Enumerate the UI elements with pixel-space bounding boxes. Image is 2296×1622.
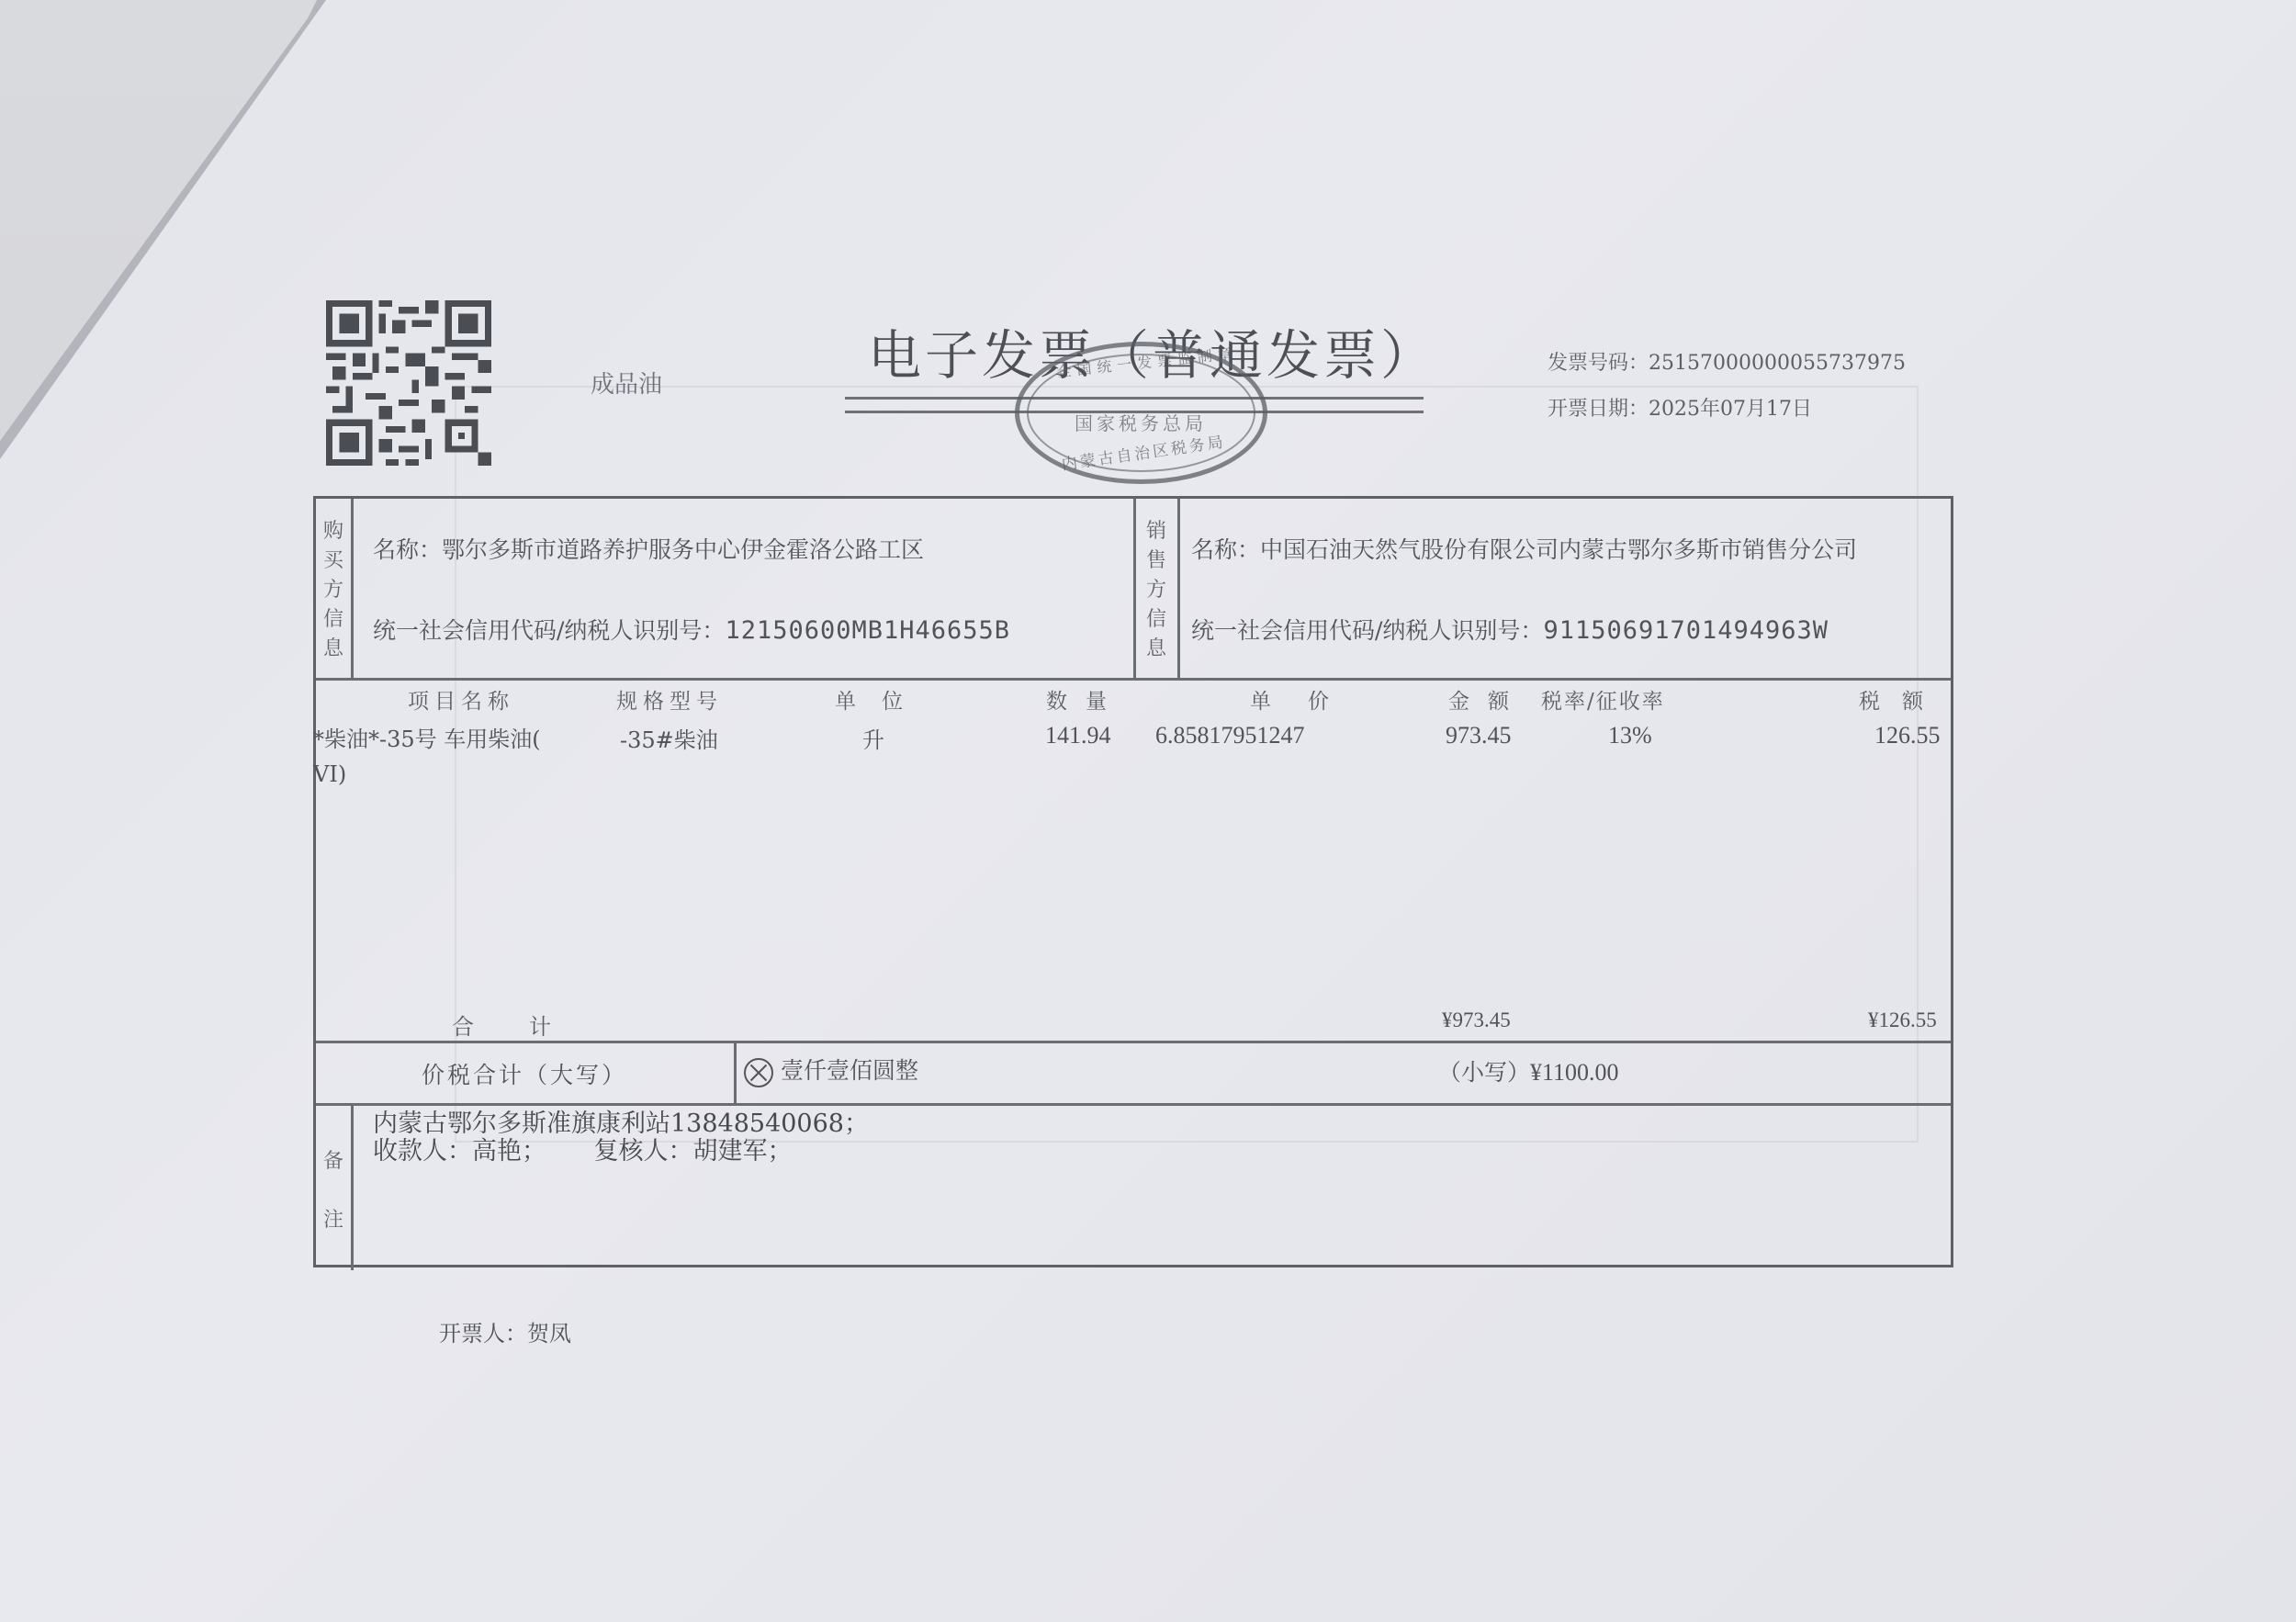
item-spec: -35#柴油 bbox=[620, 722, 718, 754]
item-name-line2: VI) bbox=[313, 757, 541, 792]
item-quantity: 141.94 bbox=[1045, 722, 1111, 749]
issuer-name: 贺凤 bbox=[527, 1321, 571, 1346]
col-header-amount: 金额 bbox=[1448, 684, 1527, 715]
buyer-side-label: 购 买 方 信 息 bbox=[317, 517, 350, 664]
side-char: 息 bbox=[317, 635, 350, 664]
issue-date-value: 2025年07月17日 bbox=[1649, 398, 1812, 421]
seller-tax-id: 统一社会信用代码/纳税人识别号：91150691701494963W bbox=[1191, 613, 1829, 646]
circle-x-icon bbox=[744, 1058, 773, 1087]
col-header-name: 项目名称 bbox=[408, 684, 514, 715]
divider bbox=[316, 678, 1951, 681]
col-header-tax: 税额 bbox=[1859, 684, 1945, 715]
divider bbox=[734, 1041, 737, 1103]
divider bbox=[351, 1103, 354, 1270]
item-name-line1: *柴油*-35号 车用柴油( bbox=[313, 722, 541, 757]
side-char: 方 bbox=[317, 576, 350, 605]
remarks-text: 内蒙古鄂尔多斯准旗康利站13848540068； 收款人：高艳； 复核人：胡建军… bbox=[373, 1110, 869, 1166]
grand-total-figures: （小写）¥1100.00 bbox=[1438, 1054, 1619, 1087]
seller-side-label: 销 售 方 信 息 bbox=[1140, 517, 1173, 664]
buyer-name-value: 鄂尔多斯市道路养护服务中心伊金霍洛公路工区 bbox=[442, 536, 924, 563]
item-unit-price: 6.85817951247 bbox=[1155, 722, 1305, 749]
seller-tax-id-value: 91150691701494963W bbox=[1543, 616, 1829, 645]
col-header-unit: 单位 bbox=[835, 684, 929, 715]
buyer-tax-id-value: 12150600MB1H46655B bbox=[725, 616, 1010, 645]
side-char: 信 bbox=[317, 605, 350, 635]
subtotal-amount: ¥973.45 bbox=[1442, 1008, 1511, 1032]
side-char: 息 bbox=[1140, 635, 1173, 664]
subtotal-label: 合计 bbox=[452, 1008, 606, 1041]
invoice-number-label: 发票号码： bbox=[1548, 352, 1649, 375]
issuer-label: 开票人： bbox=[439, 1321, 527, 1346]
divider bbox=[316, 1103, 1951, 1106]
invoice-number: 发票号码：25157000000055737975 bbox=[1548, 347, 1906, 376]
issue-date-label: 开票日期： bbox=[1548, 398, 1649, 421]
seal-middle-text: 国家税务总局 bbox=[1075, 409, 1207, 435]
col-header-spec: 规格型号 bbox=[616, 684, 723, 715]
seller-name-value: 中国石油天然气股份有限公司内蒙古鄂尔多斯市销售分公司 bbox=[1260, 536, 1857, 563]
seller-name: 名称：中国石油天然气股份有限公司内蒙古鄂尔多斯市销售分公司 bbox=[1191, 532, 1857, 565]
side-char: 方 bbox=[1140, 576, 1173, 605]
buyer-name-label: 名称： bbox=[373, 536, 442, 563]
divider bbox=[351, 499, 354, 678]
col-header-tax-rate: 税率/征收率 bbox=[1541, 684, 1665, 715]
side-char: 售 bbox=[1140, 546, 1173, 576]
side-char: 销 bbox=[1140, 517, 1173, 546]
grand-total-words: 壹仟壹佰圆整 bbox=[744, 1053, 918, 1087]
issuer: 开票人：贺凤 bbox=[439, 1315, 571, 1347]
buyer-name: 名称：鄂尔多斯市道路养护服务中心伊金霍洛公路工区 bbox=[373, 532, 924, 565]
side-char: 备 bbox=[317, 1132, 350, 1191]
subtotal-tax: ¥126.55 bbox=[1868, 1008, 1937, 1032]
item-tax: 126.55 bbox=[1874, 722, 1941, 749]
invoice-table: 购 买 方 信 息 名称：鄂尔多斯市道路养护服务中心伊金霍洛公路工区 统一社会信… bbox=[313, 496, 1953, 1267]
seal-bottom-text: 内蒙古自治区税务局 bbox=[1060, 429, 1227, 475]
grand-total-label: 价税合计（大写） bbox=[422, 1057, 627, 1090]
tax-bureau-seal: 全国统一发票监制章 国家税务总局 内蒙古自治区税务局 bbox=[1015, 342, 1267, 484]
grand-total-words-value: 壹仟壹佰圆整 bbox=[781, 1057, 918, 1084]
item-amount: 973.45 bbox=[1446, 722, 1512, 749]
divider bbox=[316, 1041, 1951, 1043]
item-tax-rate: 13% bbox=[1608, 722, 1652, 749]
divider bbox=[1133, 499, 1136, 678]
side-char: 买 bbox=[317, 546, 350, 576]
remarks-line1: 内蒙古鄂尔多斯准旗康利站13848540068； bbox=[373, 1110, 869, 1138]
remarks-side-label: 备 注 bbox=[317, 1132, 350, 1250]
divider bbox=[1177, 499, 1180, 678]
col-header-unit-price: 单价 bbox=[1250, 684, 1366, 715]
side-char: 信 bbox=[1140, 605, 1173, 635]
invoice-category: 成品油 bbox=[591, 366, 662, 400]
remarks-line2: 收款人：高艳； 复核人：胡建军； bbox=[373, 1138, 869, 1166]
buyer-tax-id: 统一社会信用代码/纳税人识别号：12150600MB1H46655B bbox=[373, 613, 1010, 646]
issue-date: 开票日期：2025年07月17日 bbox=[1548, 393, 1812, 422]
item-unit: 升 bbox=[862, 722, 884, 754]
invoice-number-value: 25157000000055737975 bbox=[1649, 352, 1906, 375]
item-name: *柴油*-35号 车用柴油( VI) bbox=[313, 722, 541, 792]
seller-tax-id-label: 统一社会信用代码/纳税人识别号： bbox=[1191, 617, 1543, 644]
buyer-tax-id-label: 统一社会信用代码/纳税人识别号： bbox=[373, 617, 725, 644]
qr-code-icon[interactable] bbox=[326, 300, 491, 466]
grand-total-figures-value: ¥1100.00 bbox=[1530, 1059, 1619, 1086]
side-char: 注 bbox=[317, 1191, 350, 1250]
seller-name-label: 名称： bbox=[1191, 536, 1260, 563]
side-char: 购 bbox=[317, 517, 350, 546]
col-header-quantity: 数量 bbox=[1046, 684, 1125, 715]
grand-total-small-label: （小写） bbox=[1438, 1059, 1530, 1086]
